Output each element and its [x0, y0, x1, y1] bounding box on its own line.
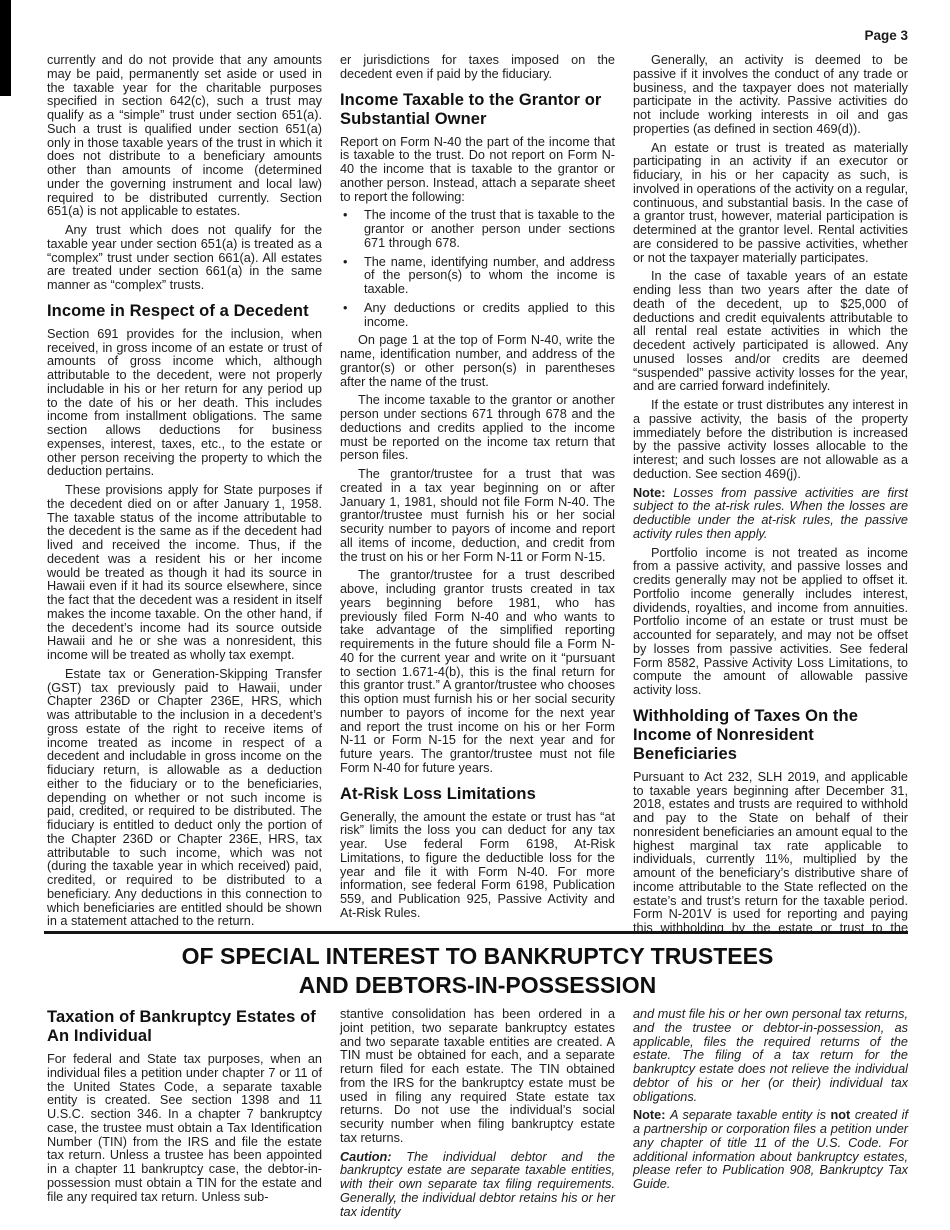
special-interest-title-line2: AND DEBTORS-IN-POSSESSION: [47, 971, 908, 1000]
paragraph: The grantor/trustee for a trust that was…: [340, 468, 615, 564]
note-label: Note:: [633, 486, 665, 500]
bullet-list: •The income of the trust that is taxable…: [340, 209, 615, 329]
paragraph: On page 1 at the top of Form N-40, write…: [340, 334, 615, 389]
bullet-icon: •: [343, 302, 347, 316]
caution-label: Caution:: [340, 1150, 391, 1164]
column-left: currently and do not provide that any am…: [47, 54, 322, 932]
bankruptcy-section: Taxation of Bankruptcy Estates of An Ind…: [47, 1008, 908, 1224]
bottom-column-middle: stantive consolidation has been ordered …: [340, 1008, 615, 1224]
note-label: Note:: [633, 1108, 665, 1122]
paragraph: Pursuant to Act 232, SLH 2019, and appli…: [633, 771, 908, 932]
bullet-item: •The income of the trust that is taxable…: [340, 209, 615, 250]
paragraph: Report on Form N-40 the part of the inco…: [340, 136, 615, 205]
paragraph: Generally, the amount the estate or trus…: [340, 811, 615, 921]
note-text-bold: not: [831, 1108, 851, 1122]
caution-continuation-paragraph: and must file his or her own personal ta…: [633, 1008, 908, 1104]
page-number: Page 3: [632, 28, 908, 43]
paragraph: Portfolio income is not treated as incom…: [633, 547, 908, 698]
bottom-column-left: Taxation of Bankruptcy Estates of An Ind…: [47, 1008, 322, 1224]
note-paragraph: Note: A separate taxable entity is not c…: [633, 1109, 908, 1192]
section-heading-income-taxable-grantor: Income Taxable to the Grantor or Substan…: [340, 91, 615, 129]
section-heading-income-in-respect: Income in Respect of a Decedent: [47, 302, 322, 321]
paragraph: currently and do not provide that any am…: [47, 54, 322, 219]
paragraph: er jurisdictions for taxes imposed on th…: [340, 54, 615, 82]
paragraph: stantive consolidation has been ordered …: [340, 1008, 615, 1146]
caution-paragraph: Caution: The individual debtor and the b…: [340, 1151, 615, 1220]
section-heading-at-risk: At-Risk Loss Limitations: [340, 785, 615, 804]
bullet-text: Any deductions or credits applied to thi…: [364, 301, 615, 329]
paragraph: Section 691 provides for the inclusion, …: [47, 328, 322, 479]
bottom-column-right: and must file his or her own personal ta…: [633, 1008, 908, 1224]
section-heading-withholding: Withholding of Taxes On the Income of No…: [633, 707, 908, 764]
column-right: Generally, an activity is deemed to be p…: [633, 54, 908, 932]
bullet-icon: •: [343, 209, 347, 223]
special-interest-title-line1: OF SPECIAL INTEREST TO BANKRUPTCY TRUSTE…: [47, 942, 908, 971]
paragraph: An estate or trust is treated as materia…: [633, 142, 908, 266]
paragraph: The grantor/trustee for a trust describe…: [340, 569, 615, 775]
bullet-item: •The name, identifying number, and addre…: [340, 256, 615, 297]
column-middle: er jurisdictions for taxes imposed on th…: [340, 54, 615, 932]
special-interest-title: OF SPECIAL INTEREST TO BANKRUPTCY TRUSTE…: [47, 942, 908, 1000]
bullet-item: •Any deductions or credits applied to th…: [340, 302, 615, 330]
section-heading-taxation-bankruptcy: Taxation of Bankruptcy Estates of An Ind…: [47, 1008, 322, 1046]
paragraph: These provisions apply for State purpose…: [47, 484, 322, 663]
bullet-text: The name, identifying number, and addres…: [364, 255, 615, 297]
paragraph: Any trust which does not qualify for the…: [47, 224, 322, 293]
note-text: Losses from passive activities are first…: [633, 486, 908, 541]
paragraph: For federal and State tax purposes, when…: [47, 1053, 322, 1204]
note-text-pre: A separate taxable entity is: [670, 1108, 826, 1122]
scan-artifact-black-bar: [0, 0, 11, 96]
paragraph: The income taxable to the grantor or ano…: [340, 394, 615, 463]
horizontal-divider: [44, 931, 908, 934]
bullet-icon: •: [343, 256, 347, 270]
note-paragraph: Note: Losses from passive activities are…: [633, 487, 908, 542]
paragraph: In the case of taxable years of an estat…: [633, 270, 908, 394]
paragraph: Estate tax or Generation-Skipping Transf…: [47, 668, 322, 929]
paragraph: If the estate or trust distributes any i…: [633, 399, 908, 482]
paragraph: Generally, an activity is deemed to be p…: [633, 54, 908, 137]
top-section: currently and do not provide that any am…: [47, 54, 908, 932]
bullet-text: The income of the trust that is taxable …: [364, 208, 615, 250]
